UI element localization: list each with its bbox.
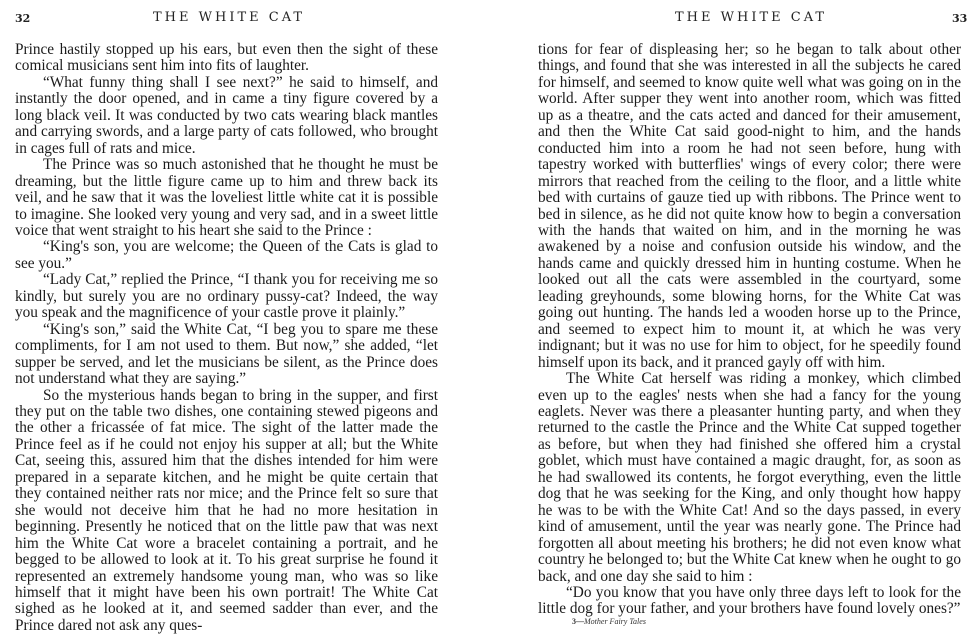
signature-title: Mother Fairy Tales (584, 617, 646, 626)
page-number: 32 (15, 12, 30, 25)
paragraph: “Lady Cat,” replied the Prince, “I thank… (15, 272, 438, 321)
paragraph: “King's son, you are welcome; the Queen … (15, 239, 438, 272)
running-header: THE WHITE CAT (675, 10, 827, 25)
body-text: Prince hastily stopped up his ears, but … (15, 42, 438, 634)
body-text: tions for fear of displeasing her; so he… (538, 42, 961, 618)
paragraph: “Do you know that you have only three da… (538, 585, 961, 618)
paragraph: The Prince was so much astonished that h… (15, 157, 438, 239)
right-page: THE WHITE CAT 33 tions for fear of displ… (486, 0, 972, 635)
page-number: 33 (952, 12, 967, 25)
paragraph: Prince hastily stopped up his ears, but … (15, 42, 438, 75)
signature-footer: 3—Mother Fairy Tales (572, 617, 646, 626)
running-header: THE WHITE CAT (153, 10, 305, 25)
signature-mark: 3— (572, 617, 584, 626)
left-page: 32 THE WHITE CAT Prince hastily stopped … (0, 0, 486, 635)
paragraph: tions for fear of displeasing her; so he… (538, 42, 961, 371)
paragraph: “What funny thing shall I see next?” he … (15, 75, 438, 157)
paragraph: “King's son,” said the White Cat, “I beg… (15, 322, 438, 388)
paragraph: The White Cat herself was riding a monke… (538, 371, 961, 585)
paragraph: So the mysterious hands began to bring i… (15, 388, 438, 635)
